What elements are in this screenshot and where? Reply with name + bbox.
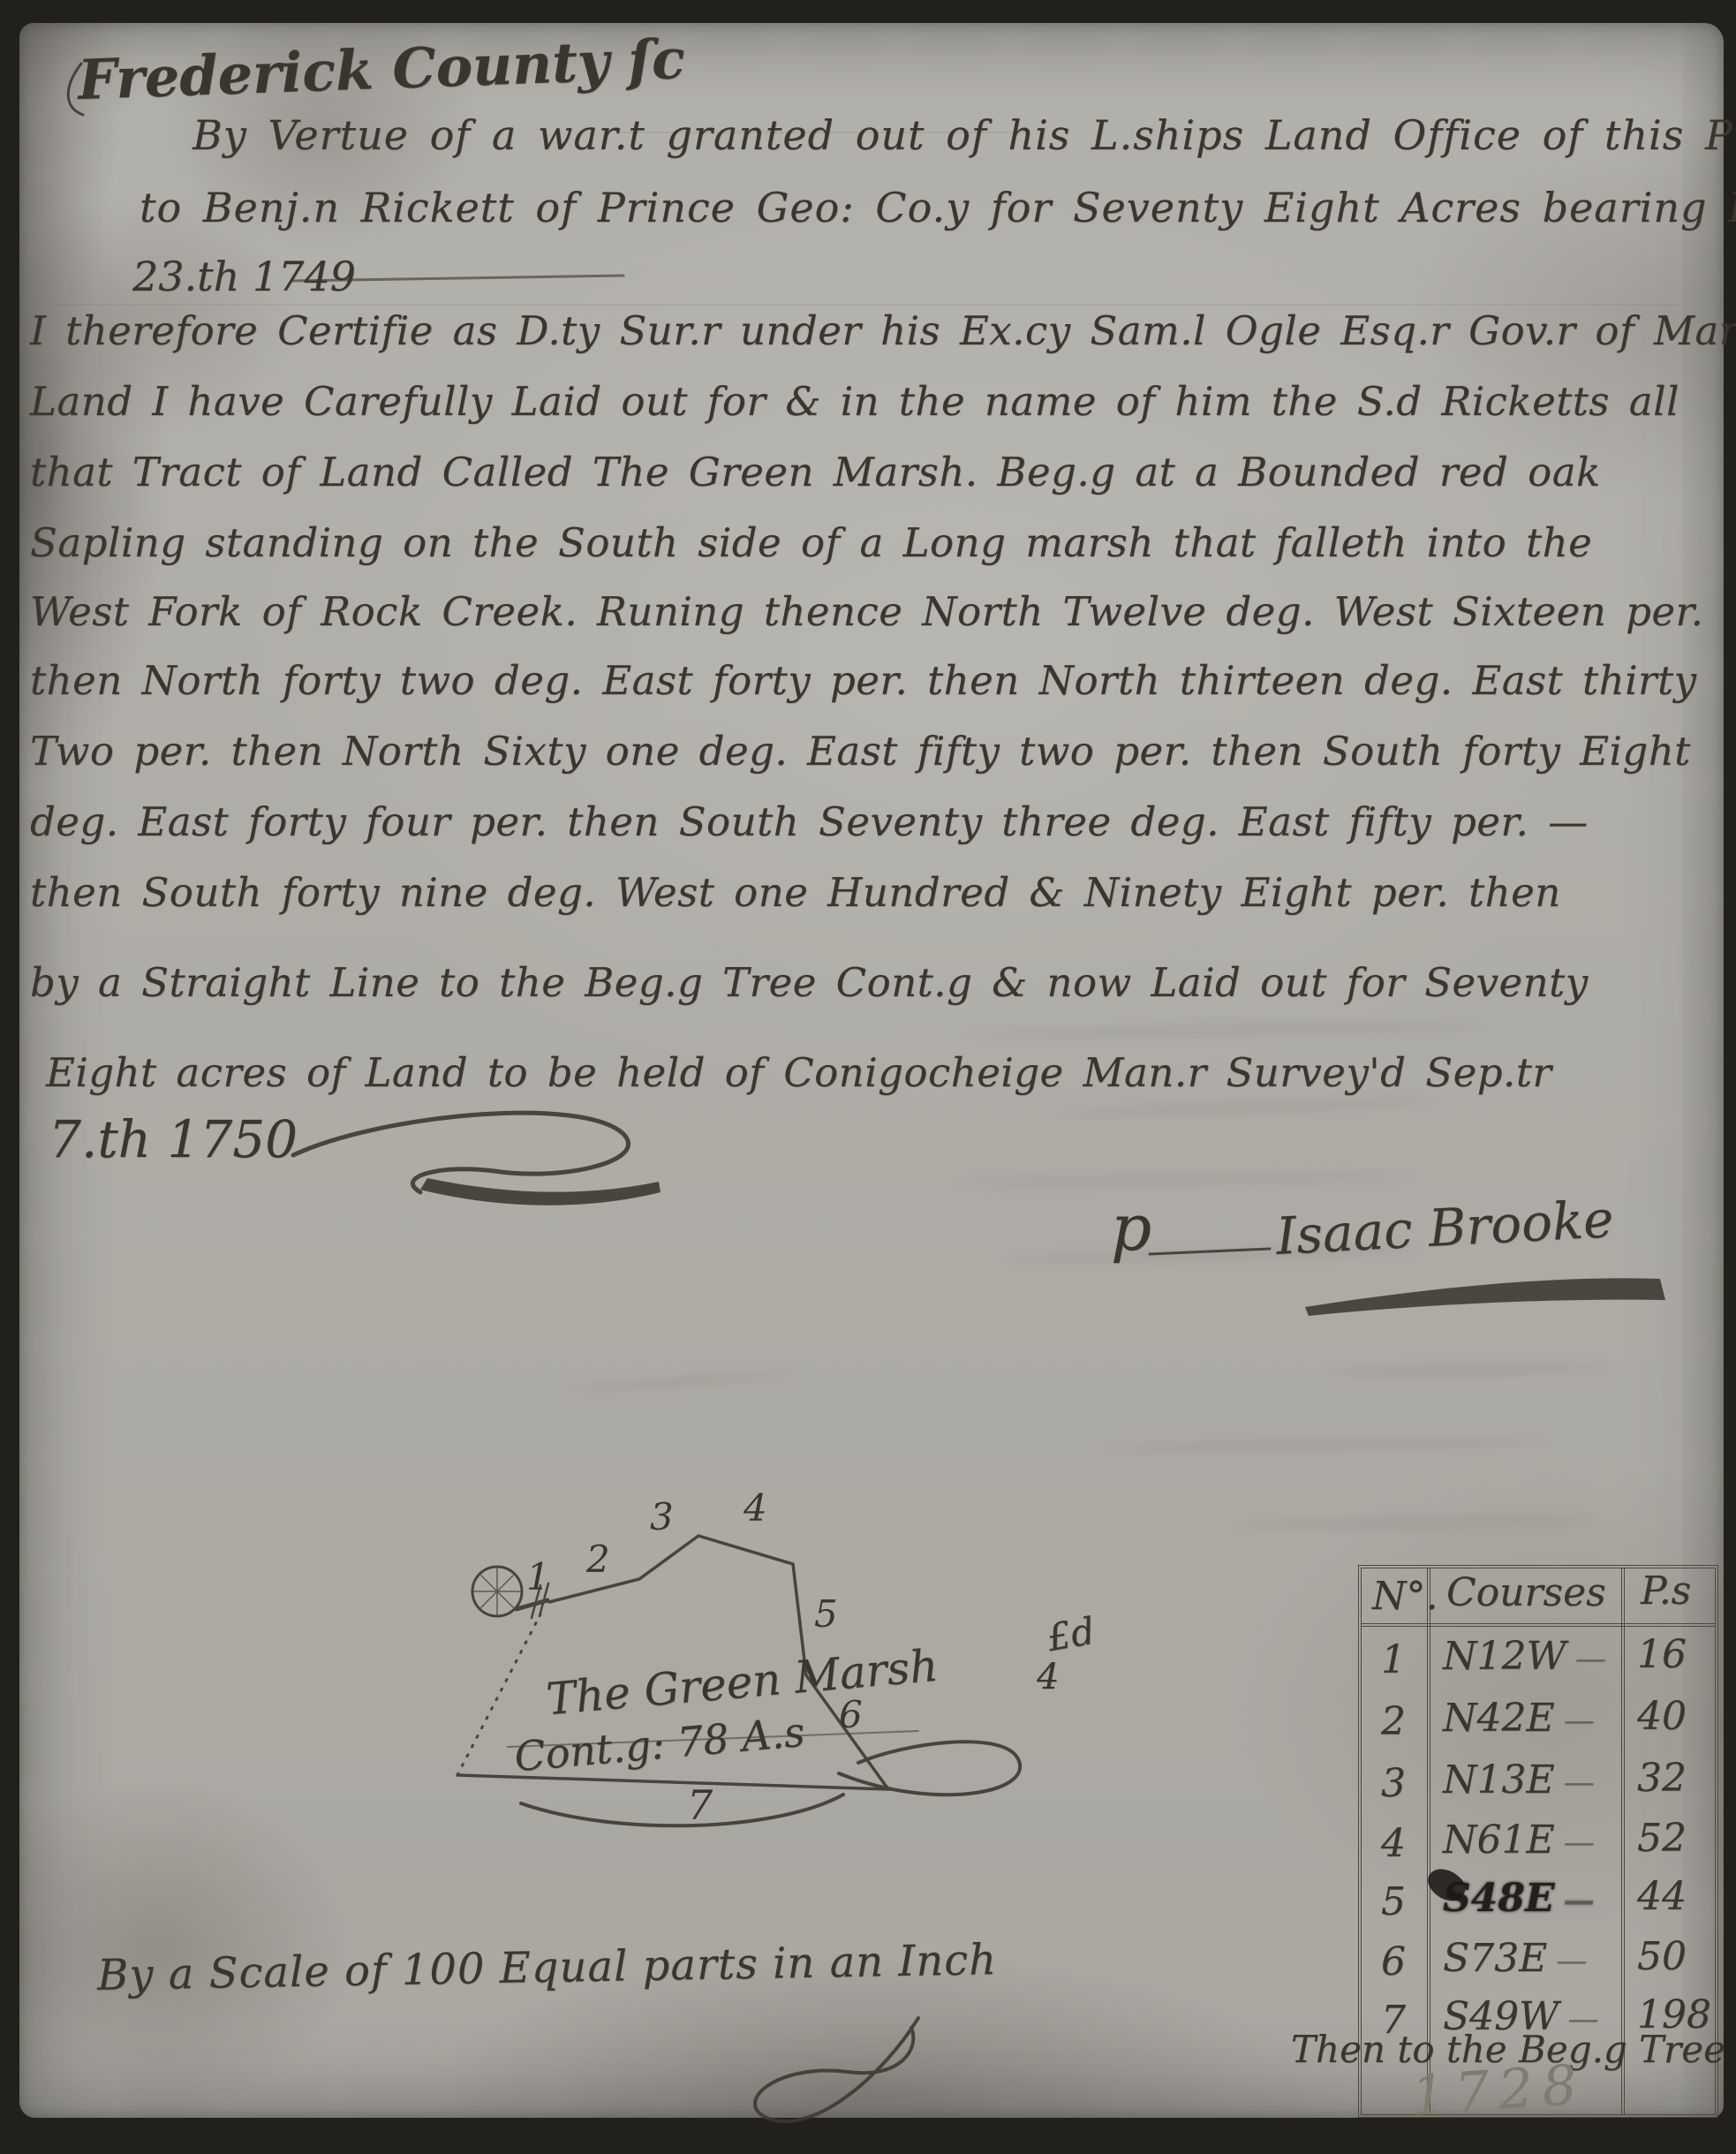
body-line: Sapling standing on the South side of a … bbox=[30, 519, 1592, 566]
preamble-line-1: By Vertue of a war.t granted out of his … bbox=[192, 111, 1736, 159]
row-course: N61E— bbox=[1443, 1818, 1595, 1863]
row-per: 44 bbox=[1637, 1874, 1687, 1919]
course-value: N13E bbox=[1443, 1757, 1555, 1803]
row-per: 50 bbox=[1637, 1934, 1687, 1979]
row-no: 2 bbox=[1381, 1699, 1406, 1744]
body-line: then South forty nine deg. West one Hund… bbox=[30, 869, 1561, 916]
table-header-divider bbox=[1362, 1623, 1715, 1627]
warrant-date: 23.th 1749 bbox=[132, 253, 356, 300]
course-value: S73E bbox=[1443, 1936, 1547, 1981]
body-line: deg. East forty four per. then South Sev… bbox=[30, 798, 1589, 845]
survey-date: 7.th 1750 bbox=[49, 1109, 298, 1169]
body-line: by a Straight Line to the Beg.g Tree Con… bbox=[30, 959, 1589, 1006]
fee-note-top: £d bbox=[1044, 1609, 1098, 1660]
row-per: 32 bbox=[1637, 1756, 1687, 1801]
body-line: West Fork of Rock Creek. Runing thence N… bbox=[30, 588, 1703, 635]
dash-mark: — bbox=[1556, 1943, 1587, 1979]
col-header-per: P.s bbox=[1641, 1568, 1691, 1614]
scanned-survey-page: Frederick County ſc By Vertue of a war.t… bbox=[0, 0, 1736, 2154]
row-no: 3 bbox=[1381, 1761, 1406, 1806]
row-per: 16 bbox=[1637, 1632, 1687, 1677]
col-header-courses: Courses bbox=[1446, 1570, 1606, 1615]
dash-mark: — bbox=[1564, 1703, 1595, 1739]
row-no: 5 bbox=[1381, 1879, 1406, 1924]
body-line: that Tract of Land Called The Green Mars… bbox=[30, 449, 1601, 495]
course-value: N42E bbox=[1443, 1696, 1555, 1741]
row-no: 6 bbox=[1381, 1939, 1406, 1984]
course-value: N12W bbox=[1443, 1634, 1566, 1679]
row-per: 52 bbox=[1637, 1816, 1687, 1861]
row-no: 1 bbox=[1381, 1637, 1406, 1682]
body-line: Two per. then North Sixty one deg. East … bbox=[30, 728, 1691, 775]
dash-mark: — bbox=[1564, 1883, 1595, 1919]
dash-mark: — bbox=[1575, 1641, 1606, 1677]
row-course: S73E— bbox=[1443, 1936, 1587, 1981]
per-mark: p bbox=[1111, 1190, 1151, 1265]
dash-mark: — bbox=[1564, 1765, 1595, 1801]
course-value: N61E bbox=[1443, 1818, 1555, 1863]
preamble-line-2: to Benj.n Rickett of Prince Geo: Co.y fo… bbox=[140, 184, 1736, 231]
fee-note-bottom: 4 bbox=[1037, 1657, 1059, 1697]
col-header-no: N°. bbox=[1372, 1574, 1438, 1619]
row-course: N13E— bbox=[1443, 1757, 1595, 1803]
row-course: N12W— bbox=[1443, 1634, 1606, 1679]
folio-number: 1728 bbox=[1409, 2052, 1588, 2128]
body-line: then North forty two deg. East forty per… bbox=[30, 657, 1697, 704]
row-no: 4 bbox=[1381, 1821, 1406, 1866]
row-course: N42E— bbox=[1443, 1696, 1595, 1741]
body-line: I therefore Certifie as D.ty Sur.r under… bbox=[30, 307, 1736, 354]
body-line: Eight acres of Land to be held of Conigo… bbox=[46, 1049, 1551, 1096]
row-per: 40 bbox=[1637, 1694, 1687, 1739]
body-line: Land I have Carefully Laid out for & in … bbox=[30, 378, 1679, 425]
dash-mark: — bbox=[1564, 1825, 1595, 1861]
row-course: S48E— bbox=[1443, 1876, 1595, 1921]
